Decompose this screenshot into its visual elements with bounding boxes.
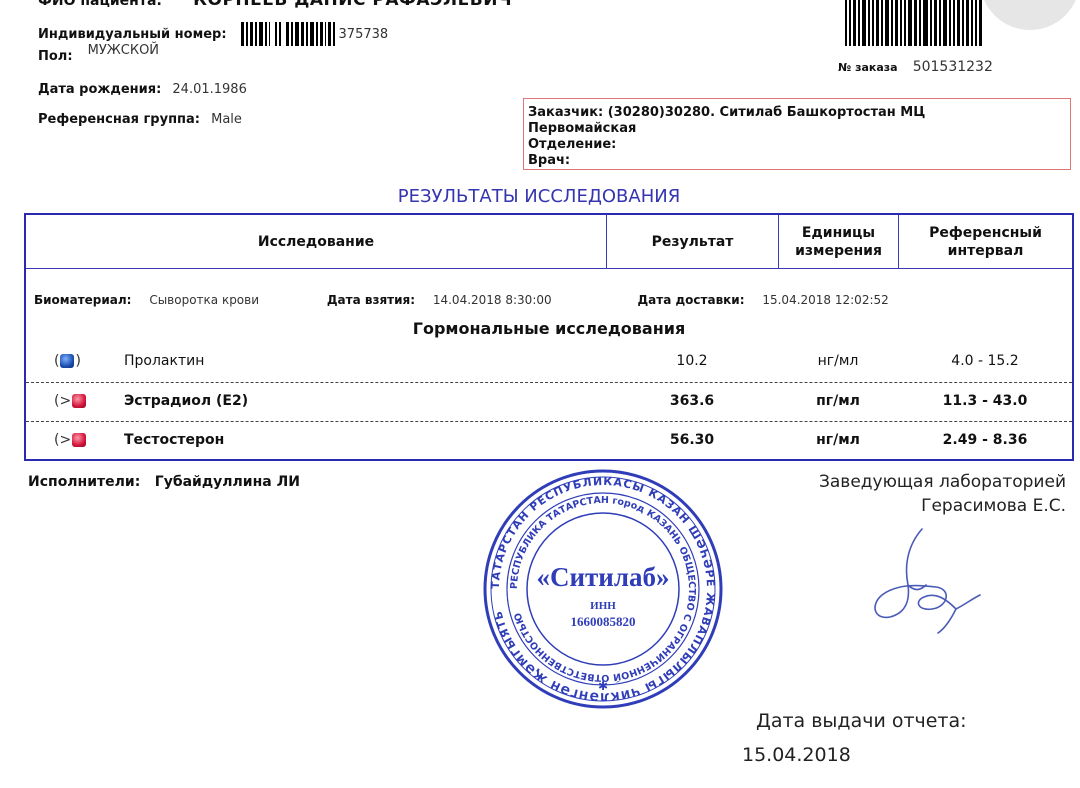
- performers-name: Губайдуллина ЛИ: [155, 474, 300, 490]
- signature-icon: [860, 525, 1000, 655]
- ref-header-line1: Референсный: [929, 225, 1042, 241]
- patient-name-label: ФИО пациента:: [38, 0, 162, 9]
- issue-date-label: Дата выдачи отчета:: [756, 710, 967, 732]
- red-ball-icon: [72, 394, 86, 408]
- patient-dob: 24.01.1986: [172, 82, 246, 97]
- test-units: нг/мл: [778, 343, 898, 379]
- lab-head-name: Герасимова Е.С.: [819, 494, 1066, 518]
- performers-row: Исполнители: Губайдуллина ЛИ: [28, 474, 300, 490]
- taken-date-label: Дата взятия:: [327, 293, 415, 307]
- test-name: Эстрадиол (E2): [124, 383, 248, 419]
- table-header: Исследование Результат Единицыизмерения …: [26, 215, 1072, 269]
- order-number: 501531232: [913, 59, 993, 75]
- sample-meta-row: Биоматериал: Сыворотка крови Дата взятия…: [34, 293, 889, 307]
- department-line: Отделение:: [528, 137, 1066, 153]
- status-flag: (>: [54, 422, 87, 458]
- test-ref-interval: 4.0 - 15.2: [898, 343, 1072, 379]
- test-name: Тестостерон: [124, 422, 224, 458]
- overlay-circle: [980, 0, 1080, 30]
- test-name: Пролактин: [124, 343, 204, 379]
- stamp-company-name: «Ситилаб»: [536, 562, 669, 592]
- stamp-inn: 1660085820: [571, 614, 636, 629]
- ref-group: Male: [211, 112, 242, 127]
- flag-prefix: (>: [54, 393, 71, 409]
- results-title: РЕЗУЛЬТАТЫ ИССЛЕДОВАНИЯ: [0, 186, 1078, 207]
- customer-line: Заказчик: (30280)30280. Ситилаб Башкорто…: [528, 105, 1066, 121]
- section-title: Гормональные исследования: [26, 319, 1072, 338]
- flag-suffix: ): [75, 353, 80, 369]
- delivery-date: 15.04.2018 12:02:52: [762, 293, 888, 307]
- flag-prefix: (: [54, 353, 59, 369]
- patient-sex-row: Пол: МУЖСКОЙ: [38, 45, 159, 64]
- patient-sex-label: Пол:: [38, 49, 73, 64]
- order-number-label: № заказа: [838, 61, 898, 74]
- test-ref-interval: 2.49 - 8.36: [898, 422, 1072, 458]
- patient-sex: МУЖСКОЙ: [88, 43, 159, 58]
- order-number-row: № заказа 501531232: [838, 56, 993, 75]
- status-flag: (): [54, 343, 81, 379]
- doctor-line: Врач:: [528, 153, 1066, 169]
- lab-head-block: Заведующая лабораторией Герасимова Е.С.: [819, 470, 1066, 518]
- test-units: пг/мл: [778, 383, 898, 419]
- ref-header-line2: интервал: [948, 243, 1024, 259]
- column-header-units: Единицыизмерения: [778, 215, 898, 268]
- results-table: Исследование Результат Единицыизмерения …: [24, 213, 1074, 461]
- customer-box: Заказчик: (30280)30280. Ситилаб Башкорто…: [523, 98, 1071, 170]
- table-row: (> Эстрадиол (E2) 363.6 пг/мл 11.3 - 43.…: [26, 382, 1072, 419]
- patient-ref-group-row: Референсная группа: Male: [38, 108, 242, 127]
- blue-ball-icon: [60, 354, 74, 368]
- stamp-star-icon: ✱: [598, 679, 608, 693]
- company-stamp: ТАТАРСТАН РЕСПУБЛИКАСЫ КАЗАН ШӘҺӘРЕ ЖАВА…: [478, 464, 728, 714]
- flag-prefix: (>: [54, 432, 71, 448]
- taken-date: 14.04.2018 8:30:00: [433, 293, 552, 307]
- test-result: 56.30: [606, 422, 778, 458]
- table-row: () Пролактин 10.2 нг/мл 4.0 - 15.2: [26, 343, 1072, 379]
- column-header-result: Результат: [606, 215, 778, 268]
- performers-label: Исполнители:: [28, 474, 140, 490]
- stamp-inn-label: ИНН: [590, 600, 616, 612]
- red-ball-icon: [72, 433, 86, 447]
- ref-group-label: Референсная группа:: [38, 112, 200, 127]
- test-ref-interval: 11.3 - 43.0: [898, 383, 1072, 419]
- units-header-line1: Единицы: [802, 225, 875, 241]
- biomaterial: Сыворотка крови: [149, 293, 259, 307]
- units-header-line2: измерения: [795, 243, 882, 259]
- test-result: 10.2: [606, 343, 778, 379]
- patient-name-row: ФИО пациента: КОРНЕЕВ ДАНИС РАФАЭЛЕВИЧ: [38, 0, 512, 10]
- patient-dob-label: Дата рождения:: [38, 82, 161, 97]
- biomaterial-label: Биоматериал:: [34, 293, 131, 307]
- customer-line: Первомайская: [528, 121, 1066, 137]
- column-header-test: Исследование: [26, 215, 606, 268]
- column-header-ref: Референсныйинтервал: [898, 215, 1072, 268]
- test-units: нг/мл: [778, 422, 898, 458]
- patient-id-barcode: [241, 22, 337, 46]
- patient-id-label: Индивидуальный номер:: [38, 27, 227, 42]
- patient-dob-row: Дата рождения: 24.01.1986: [38, 78, 247, 97]
- lab-head-title: Заведующая лабораторией: [819, 470, 1066, 494]
- table-row: (> Тестостерон 56.30 нг/мл 2.49 - 8.36: [26, 421, 1072, 458]
- patient-name: КОРНЕЕВ ДАНИС РАФАЭЛЕВИЧ: [193, 0, 512, 10]
- patient-id-suffix: 375738: [339, 27, 389, 42]
- status-flag: (>: [54, 383, 87, 419]
- issue-date: 15.04.2018: [742, 744, 851, 766]
- order-barcode: [845, 0, 984, 46]
- test-result: 363.6: [606, 383, 778, 419]
- delivery-date-label: Дата доставки:: [637, 293, 744, 307]
